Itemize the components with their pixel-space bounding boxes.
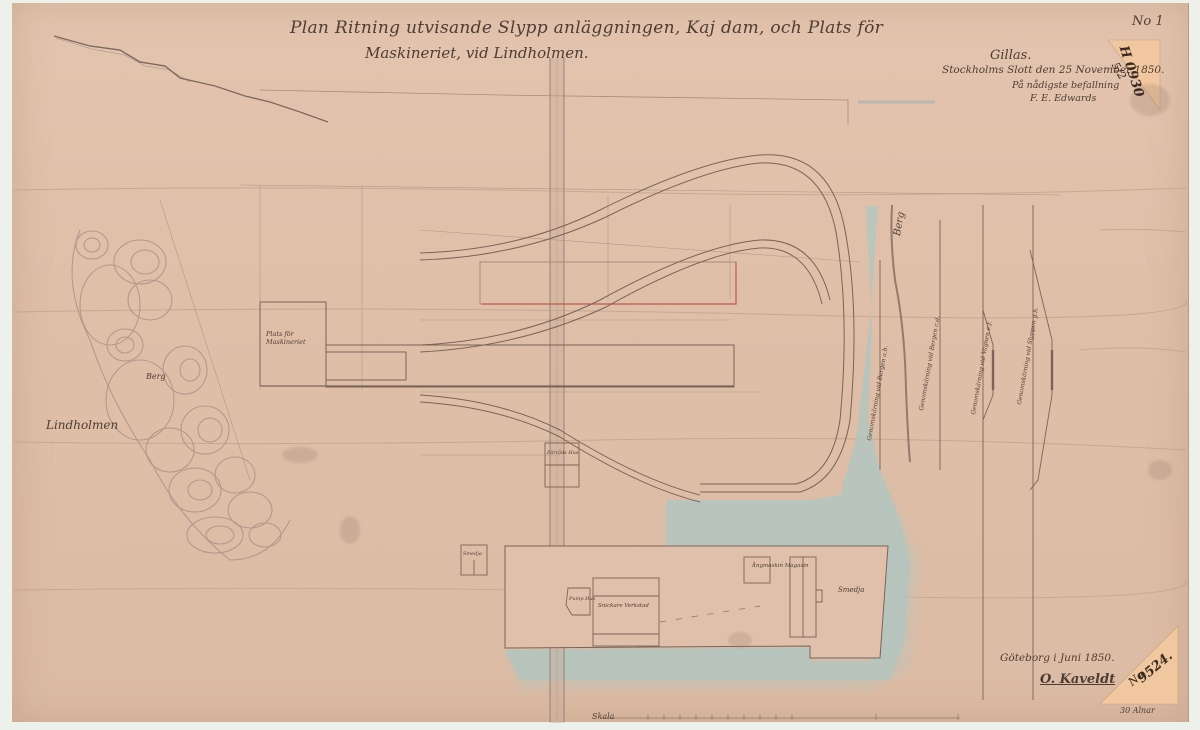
northern-shoreline bbox=[54, 36, 328, 122]
scale-bar bbox=[600, 714, 960, 720]
label-boiler-house: Ångmaskin Magasin bbox=[752, 563, 809, 569]
red-slip-line bbox=[482, 262, 736, 304]
approval-line-4: F. E. Edwards bbox=[1030, 93, 1096, 104]
dock-outlines bbox=[260, 262, 736, 387]
label-pump-house: Pump Hus bbox=[569, 596, 595, 602]
railway-curves bbox=[420, 155, 854, 502]
sheet-number: No 1 bbox=[1132, 14, 1164, 29]
label-machinery-site: Plats för Maskineriet bbox=[266, 330, 321, 346]
approval-line-1: Gillas. bbox=[990, 48, 1031, 63]
label-smithy: Smedja bbox=[838, 586, 864, 594]
title-line-2: Maskineriet, vid Lindholmen. bbox=[365, 44, 589, 62]
label-forge-small: Smedja bbox=[463, 551, 482, 557]
label-lindholmen: Lindholmen bbox=[46, 418, 118, 432]
northern-faint-lines bbox=[260, 90, 935, 124]
harbour-plan-drawing bbox=[0, 0, 1200, 730]
map-stage: Plan Ritning utvisande Slypp anläggninge… bbox=[0, 0, 1200, 730]
title-line-1: Plan Ritning utvisande Slypp anläggninge… bbox=[290, 18, 883, 38]
approval-line-3: På nådigste befallning bbox=[1012, 80, 1119, 91]
signature-name: O. Kaveldt bbox=[1040, 672, 1115, 687]
label-rock: Berg bbox=[146, 372, 166, 381]
paper-creases bbox=[14, 188, 1186, 598]
lindholmen-rock-contours bbox=[72, 230, 290, 560]
signature-place-date: Göteborg i Juni 1850. bbox=[1000, 652, 1114, 664]
quay-block bbox=[505, 546, 888, 658]
label-carpenter-shop: Snickare Verkstad bbox=[598, 603, 649, 609]
scale-unit-label: 30 Alnar bbox=[1120, 706, 1155, 715]
label-storehouse: Förråds Hus bbox=[547, 450, 578, 456]
scale-bar-label: Skala bbox=[592, 712, 614, 721]
